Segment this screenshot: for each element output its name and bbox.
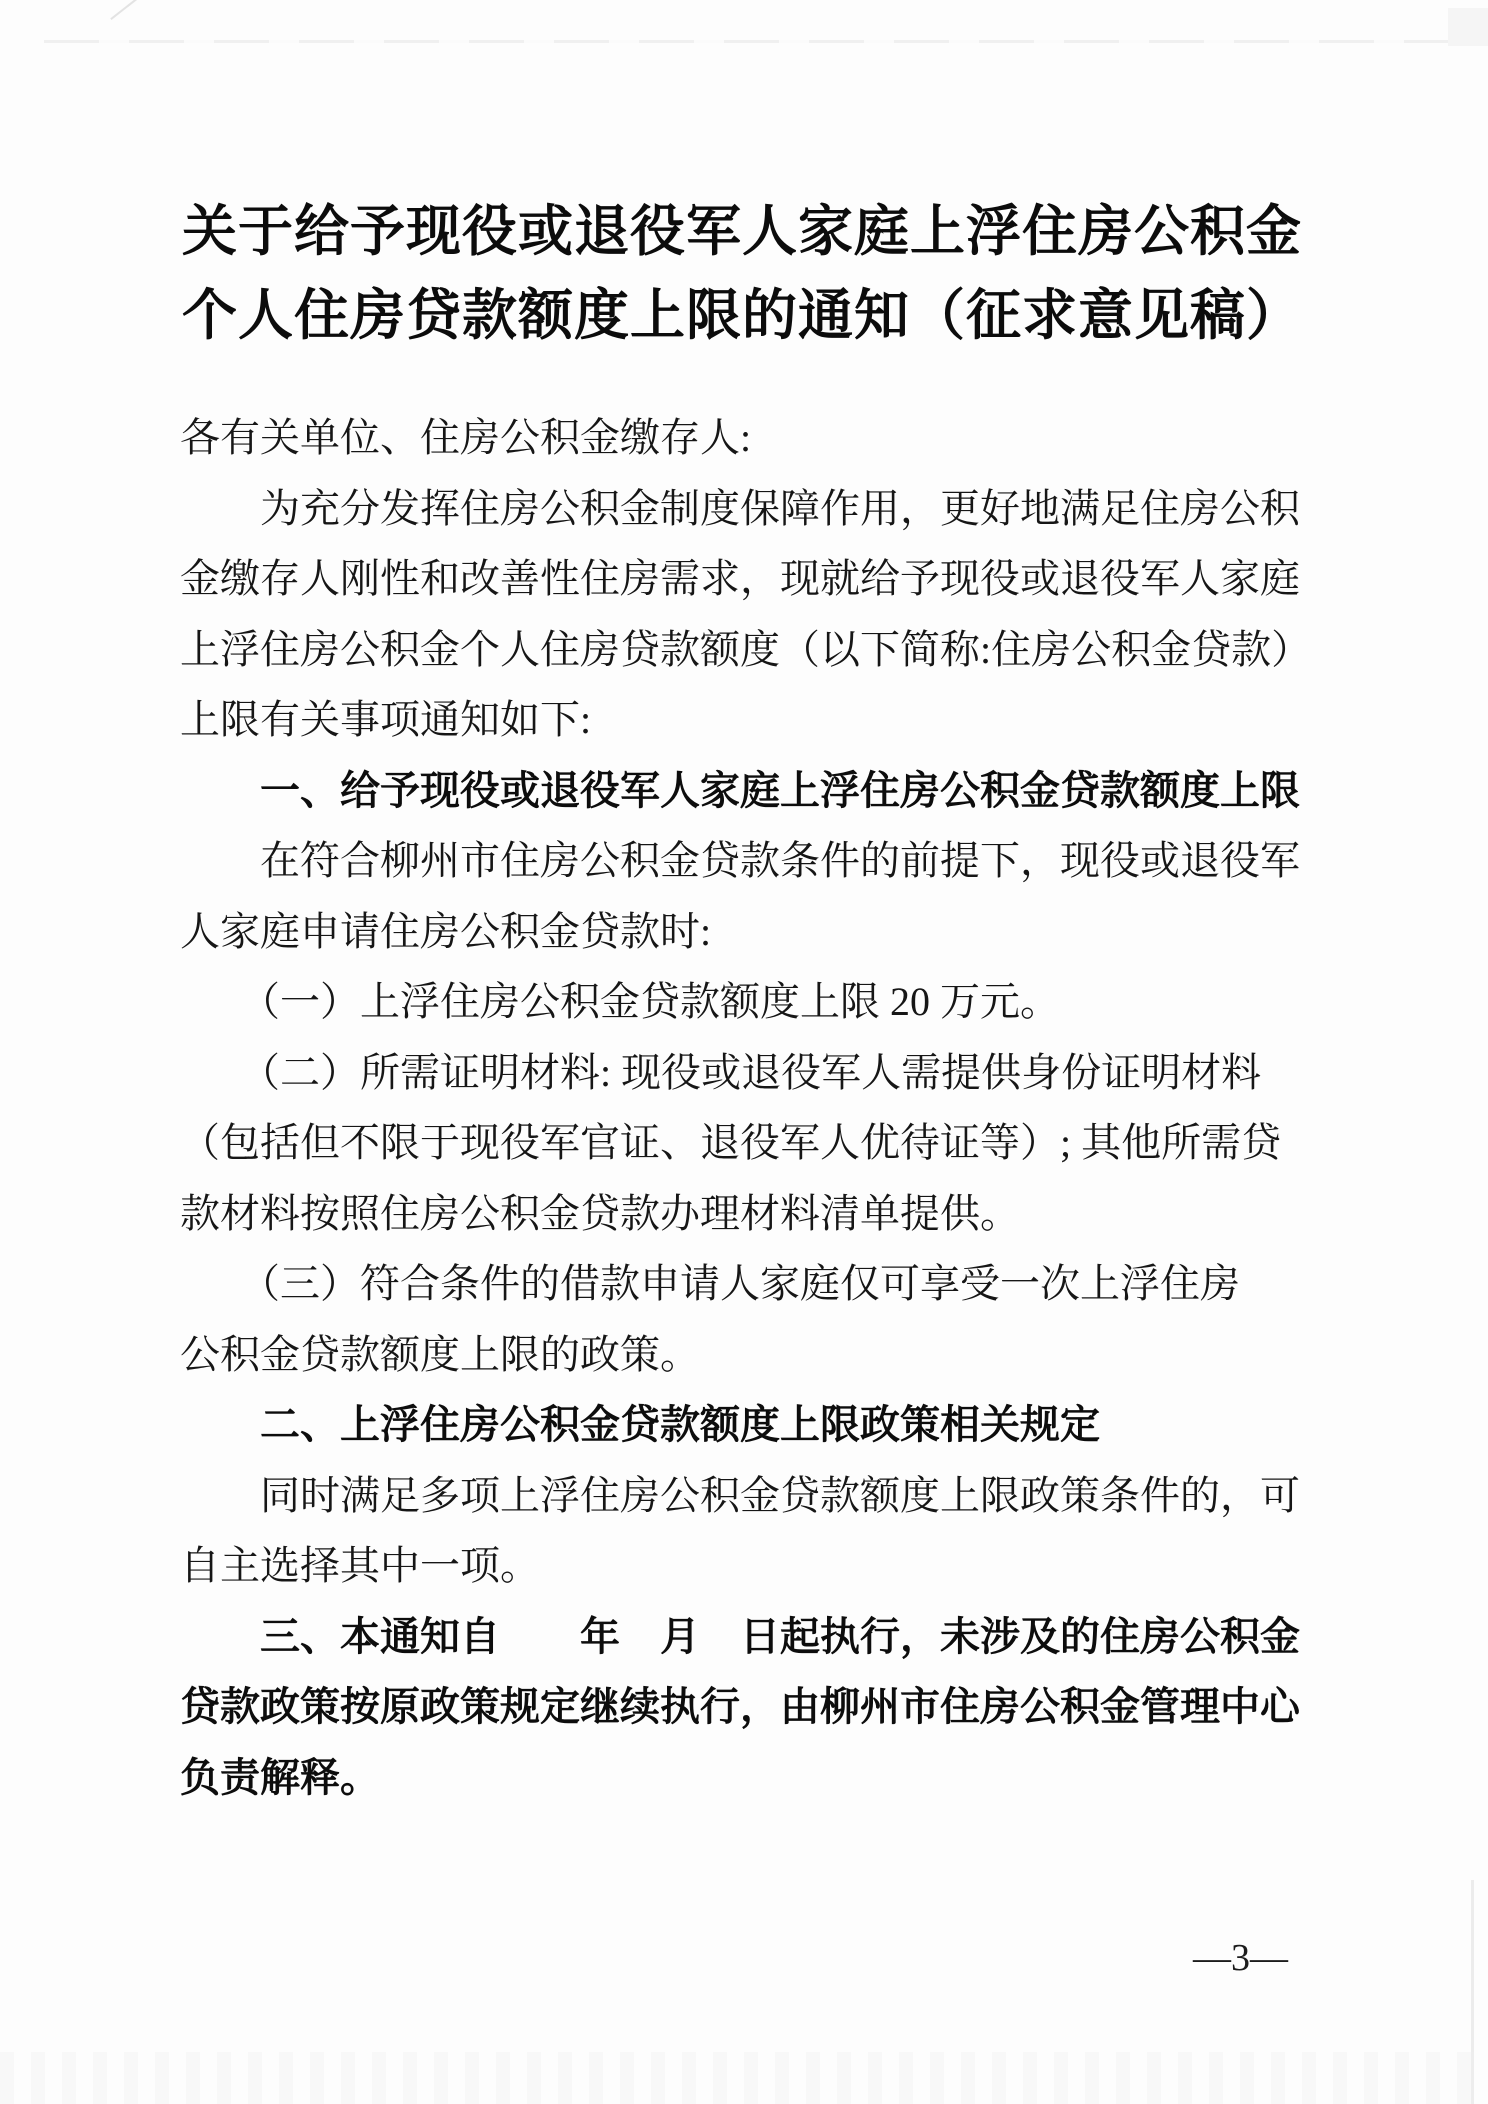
document-title: 关于给予现役或退役军人家庭上浮住房公积金 个人住房贷款额度上限的通知（征求意见稿… (180, 190, 1304, 358)
heading-line: 负责解释。 (180, 1743, 1304, 1814)
document-title-line-1: 关于给予现役或退役军人家庭上浮住房公积金 (180, 190, 1304, 274)
body-line: 款材料按照住房公积金贷款办理材料清单提供。 (180, 1179, 1304, 1250)
body-line: 公积金贷款额度上限的政策。 (180, 1320, 1304, 1391)
body-line: （二）所需证明材料: 现役或退役军人需提供身份证明材料 (180, 1038, 1304, 1109)
body-line: （一）上浮住房公积金贷款额度上限 20 万元。 (180, 967, 1304, 1038)
scan-artifact-topleft-mark (110, 0, 147, 20)
body-line: （三）符合条件的借款申请人家庭仅可享受一次上浮住房 (180, 1249, 1304, 1320)
scanned-document-page: 关于给予现役或退役军人家庭上浮住房公积金 个人住房贷款额度上限的通知（征求意见稿… (0, 0, 1488, 2104)
body-line: 在符合柳州市住房公积金贷款条件的前提下，现役或退役军 (180, 826, 1304, 897)
scan-artifact-bottom-noise (0, 2052, 1488, 2104)
body-line: 上限有关事项通知如下: (180, 685, 1304, 756)
heading-line: 贷款政策按原政策规定继续执行，由柳州市住房公积金管理中心 (180, 1672, 1304, 1743)
heading-line: 三、本通知自 年 月 日起执行，未涉及的住房公积金 (180, 1602, 1304, 1673)
scan-artifact-top-line (44, 40, 1484, 43)
scan-artifact-right-edge-line (1471, 1880, 1474, 2104)
body-line: （包括但不限于现役军官证、退役军人优待证等）; 其他所需贷 (180, 1108, 1304, 1179)
document-title-line-2: 个人住房贷款额度上限的通知（征求意见稿） (180, 274, 1304, 358)
body-line: 自主选择其中一项。 (180, 1531, 1304, 1602)
document-body: 各有关单位、住房公积金缴存人: 为充分发挥住房公积金制度保障作用，更好地满足住房… (180, 403, 1304, 1813)
page-number: —3— (1193, 1936, 1288, 1980)
body-line: 人家庭申请住房公积金贷款时: (180, 897, 1304, 968)
body-line: 为充分发挥住房公积金制度保障作用，更好地满足住房公积 (180, 474, 1304, 545)
body-line: 各有关单位、住房公积金缴存人: (180, 403, 1304, 474)
body-line: 金缴存人刚性和改善性住房需求，现就给予现役或退役军人家庭 (180, 544, 1304, 615)
heading-line: 二、上浮住房公积金贷款额度上限政策相关规定 (180, 1390, 1304, 1461)
body-line: 上浮住房公积金个人住房贷款额度（以下简称:住房公积金贷款） (180, 615, 1304, 686)
body-line: 同时满足多项上浮住房公积金贷款额度上限政策条件的，可 (180, 1461, 1304, 1532)
heading-line: 一、给予现役或退役军人家庭上浮住房公积金贷款额度上限 (180, 756, 1304, 827)
scan-artifact-topright-patch (1448, 8, 1488, 46)
